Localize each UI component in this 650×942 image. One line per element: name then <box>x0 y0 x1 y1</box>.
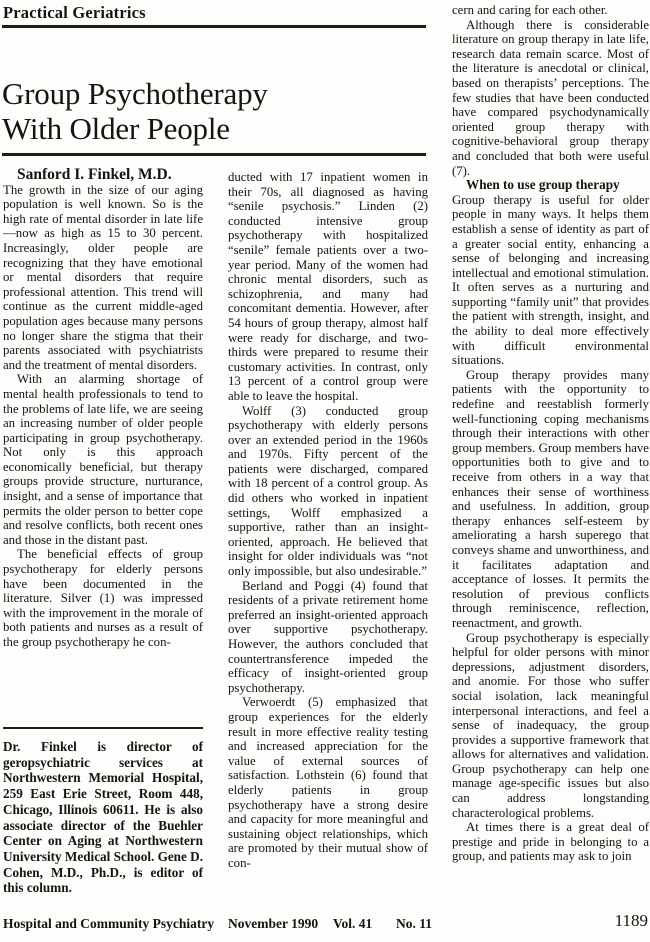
author-byline: Sanford I. Finkel, M.D. <box>3 168 203 183</box>
paragraph: ducted with 17 inpatient women in their … <box>228 170 428 404</box>
paragraph: cern and caring for each other. <box>452 3 649 18</box>
article-title-line2: With Older People <box>2 111 426 146</box>
paragraph: Although there is considerable literatur… <box>452 18 649 179</box>
volume-label: Vol. 41 <box>333 916 372 932</box>
header-rule <box>2 25 426 28</box>
article-page: Practical Geriatrics Group Psychotherapy… <box>0 0 650 942</box>
journal-name: Hospital and Community Psychiatry <box>3 916 214 932</box>
author-footnote: Dr. Finkel is director of geropsychiatri… <box>3 739 203 896</box>
paragraph: Group therapy provides many patients wit… <box>452 368 649 631</box>
article-title-line1: Group Psychotherapy <box>2 76 426 111</box>
paragraph: The growth in the size of our aging popu… <box>3 183 203 373</box>
title-rule <box>2 153 426 156</box>
paragraph: Berland and Poggi (4) found that residen… <box>228 579 428 696</box>
paragraph: Group therapy is useful for older people… <box>452 193 649 368</box>
section-heading: When to use group therapy <box>452 178 649 193</box>
column-kicker: Practical Geriatrics <box>3 3 146 23</box>
paragraph: Wolff (3) conducted group psychotherapy … <box>228 404 428 579</box>
page-number: 1189 <box>615 911 648 931</box>
page-footer: Hospital and Community Psychiatry Novemb… <box>3 911 648 939</box>
middle-column: ducted with 17 inpatient women in their … <box>228 170 428 892</box>
paragraph: Verwoerdt (5) emphasized that group expe… <box>228 695 428 870</box>
issue-number-label: No. 11 <box>396 916 432 932</box>
article-title: Group Psychotherapy With Older People <box>2 76 426 146</box>
left-column: Sanford I. Finkel, M.D. The growth in th… <box>3 168 203 724</box>
paragraph: With an alarming shortage of mental heal… <box>3 372 203 547</box>
paragraph: At times there is a great deal of presti… <box>452 820 649 864</box>
paragraph: Group psychotherapy is especially helpfu… <box>452 631 649 821</box>
issue-date: November 1990 <box>228 916 318 932</box>
right-column: cern and caring for each other. Although… <box>452 3 649 895</box>
paragraph: The beneficial effects of group psychoth… <box>3 547 203 649</box>
footnote-rule <box>3 727 203 729</box>
author-footnote-block: Dr. Finkel is director of geropsychiatri… <box>3 727 203 896</box>
